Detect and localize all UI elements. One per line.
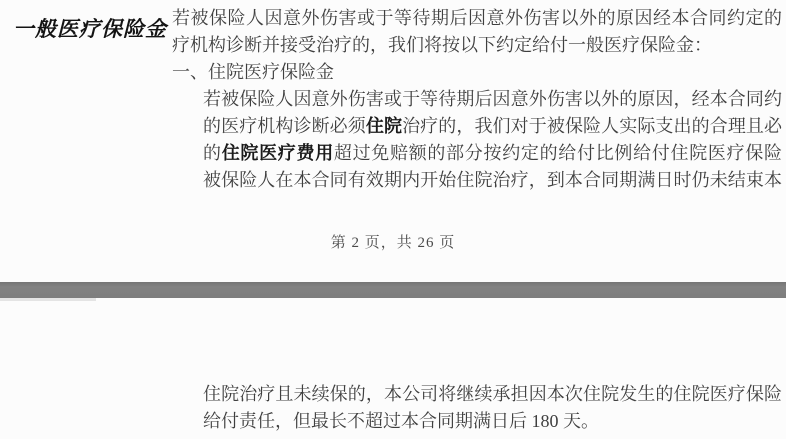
body-text-column: 若被保险人因意外伤害或于等待期后因意外伤害以外的原因经本合同约定的医 疗机构诊断… [172,5,782,194]
paragraph-line: 的住院医疗费用超过免赔额的部分按约定的给付比例给付住院医疗保险金。 [203,140,782,167]
text-run: 的 [203,143,222,163]
section-title: 一般医疗保险金 [13,13,171,43]
page-separator-bar [0,282,786,298]
document-viewer: 一般医疗保险金 若被保险人因意外伤害或于等待期后因意外伤害以外的原因经本合同约定… [0,0,786,439]
bold-term: 住院医疗费用 [222,143,334,163]
paragraph-line: 疗机构诊断并接受治疗的，我们将按以下约定给付一般医疗保险金： [172,32,782,59]
separator-shadow [0,298,96,301]
paragraph-line: 被保险人在本合同有效期内开始住院治疗，到本合同期满日时仍未结束本次 [203,167,782,194]
paragraph-line: 住院治疗且未续保的，本公司将继续承担因本次住院发生的住院医疗保险金 [203,381,782,408]
paragraph-line: 若被保险人因意外伤害或于等待期后因意外伤害以外的原因经本合同约定的医 [172,5,782,32]
page-number-footer: 第 2 页，共 26 页 [0,231,786,252]
text-run: 的医疗机构诊断必须 [203,116,366,136]
bold-term: 住院 [366,116,402,136]
paragraph-line: 的医疗机构诊断必须住院治疗的，我们对于被保险人实际支出的合理且必要 [203,113,782,140]
clause-item-heading: 一、住院医疗保险金 [172,59,782,86]
paragraph-line: 给付责任，但最长不超过本合同期满日后 180 天。 [203,408,782,435]
paragraph-line: 若被保险人因意外伤害或于等待期后因意外伤害以外的原因，经本合同约定 [203,86,782,113]
next-page-text-column: 住院治疗且未续保的，本公司将继续承担因本次住院发生的住院医疗保险金 给付责任，但… [203,381,782,435]
